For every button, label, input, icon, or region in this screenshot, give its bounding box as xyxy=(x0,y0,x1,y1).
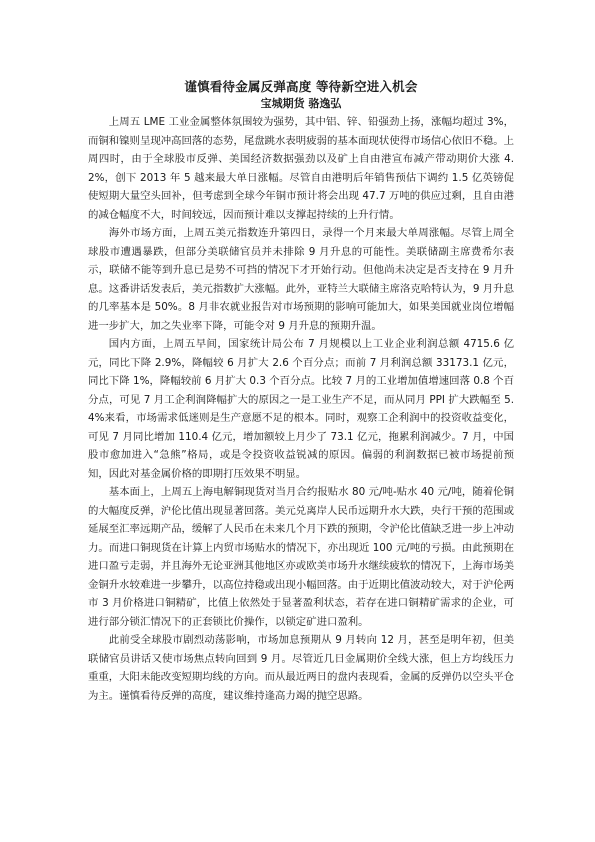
paragraph-overseas-market: 海外市场方面，上周五美元指数连升第四日，录得一个月来最大单周涨幅。尽管上周全球股… xyxy=(88,224,514,335)
paragraph-domestic-market: 国内方面，上周五早间，国家统计局公布 7 月规模以上工业企业利润总额 4715.… xyxy=(88,335,514,483)
paragraph-lme-overview: 上周五 LME 工业金属整体氛围较为强势，其中铝、锌、铅强劲上扬，涨幅均超过 3… xyxy=(88,113,514,224)
paragraph-conclusion: 此前受全球股市剧烈动荡影响，市场加息预期从 9 月转向 12 月，甚至是明年初，… xyxy=(88,631,514,705)
document-page: 谨慎看待金属反弹高度 等待新空进入机会 宝城期货 骆逸弘 上周五 LME 工业金… xyxy=(88,78,514,705)
document-author: 宝城期货 骆逸弘 xyxy=(88,96,514,112)
document-title: 谨慎看待金属反弹高度 等待新空进入机会 xyxy=(88,78,514,95)
paragraph-fundamentals: 基本面上，上周五上海电解铜现货对当月合约报贴水 80 元/吨-贴水 40 元/吨… xyxy=(88,483,514,631)
